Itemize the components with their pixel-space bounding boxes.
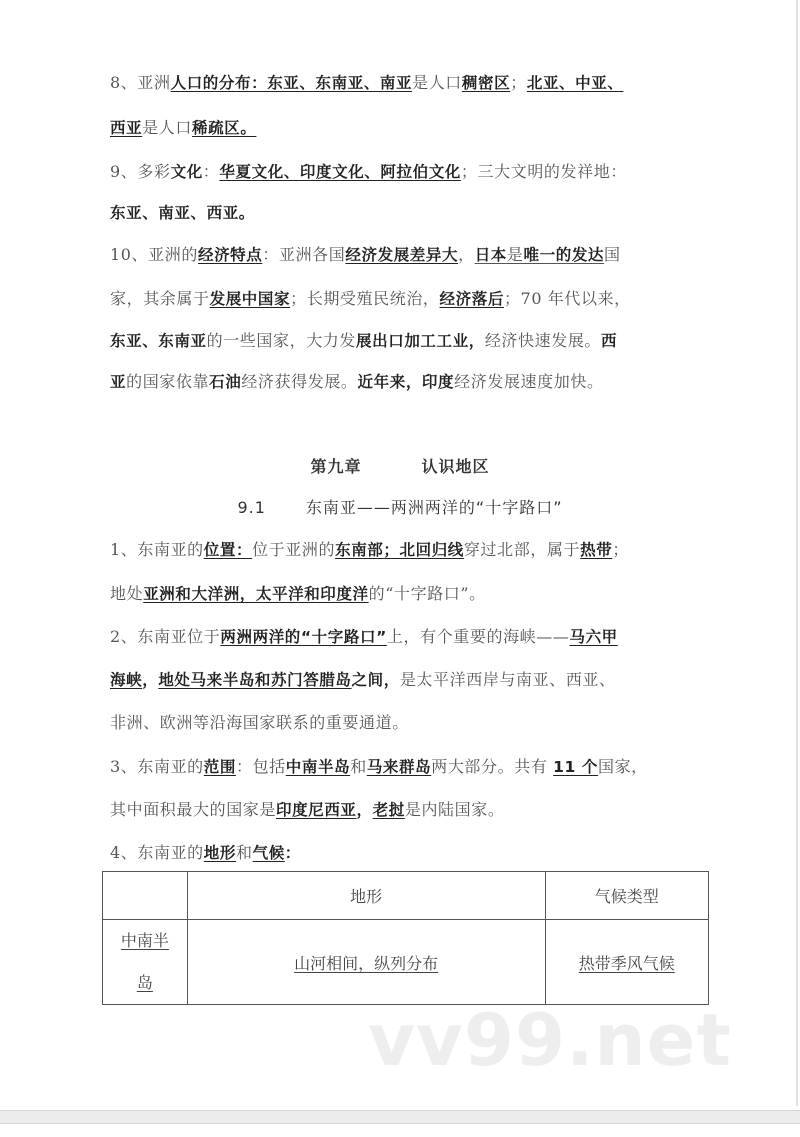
- keyword: 石油: [209, 373, 241, 391]
- keyword: 两洲两洋的“十字路口”: [220, 628, 386, 646]
- keyword: 展出口加工工业，: [356, 332, 485, 350]
- keyword: 稀疏区。: [192, 119, 256, 137]
- point-2-line-3: 非洲、欧洲等沿海国家联系的重要通道。: [110, 713, 409, 733]
- text: 经济发展速度加快。: [454, 372, 603, 391]
- item-number: 4、东南亚的: [110, 843, 204, 862]
- keyword: 华夏文化、印度文化、阿拉伯文化: [219, 163, 461, 181]
- keyword: 日本: [475, 246, 507, 264]
- region-cell: 中南半 岛: [103, 920, 188, 1005]
- text: ，: [142, 671, 158, 689]
- text: ；三大文明的发祥地：: [461, 162, 627, 181]
- keyword: 气候: [253, 844, 285, 862]
- point-3-line-1: 3、东南亚的范围：包括中南半岛和马来群岛两大部分。共有 11 个国家，: [110, 757, 648, 777]
- table-header-row: 地形 气候类型: [103, 872, 709, 920]
- chapter-name: 认识地区: [422, 457, 490, 476]
- text: ；: [510, 73, 527, 92]
- text: 位于亚洲的: [252, 540, 335, 559]
- page-separator: [0, 1110, 800, 1124]
- text: 非洲、欧洲等沿海国家联系的重要通道。: [110, 713, 409, 732]
- item-number: 8、亚洲: [110, 73, 171, 92]
- keyword: 经济发展差异大: [345, 246, 458, 264]
- item-10-line-4: 亚的国家依靠石油经济获得发展。近年来，印度经济发展速度加快。: [110, 372, 604, 392]
- section-name: 东南亚——两洲两洋的“十字路口”: [306, 498, 563, 517]
- text: 国家，: [598, 757, 648, 776]
- text: 是人口: [412, 73, 462, 92]
- text: ，: [357, 801, 373, 819]
- keyword: 中南半岛: [286, 758, 350, 776]
- point-2-line-2: 海峡，地处马来半岛和苏门答腊岛之间，是太平洋西岸与南亚、西亚、: [110, 670, 616, 690]
- keyword: 西亚: [110, 119, 142, 137]
- keyword: 老挝: [373, 801, 405, 819]
- item-9-line-1: 9、多彩文化：华夏文化、印度文化、阿拉伯文化；三大文明的发祥地：: [110, 162, 627, 182]
- keyword: 经济落后: [440, 290, 504, 308]
- text: 地处: [110, 584, 143, 603]
- header-cell-climate: 气候类型: [545, 872, 708, 920]
- keyword: 热带: [580, 541, 612, 559]
- text: 是太平洋西岸与南亚、西亚、: [400, 670, 616, 689]
- chapter-number: 第九章: [310, 457, 361, 476]
- keyword: 地处马来半岛和苏门答腊岛: [158, 671, 351, 689]
- keyword: 经济特点: [198, 246, 262, 264]
- text: ：亚洲各国: [262, 245, 345, 264]
- chapter-title: 第九章认识地区: [0, 457, 800, 477]
- keyword: 发展中国家: [210, 290, 291, 308]
- table-row: 中南半 岛 山河相间，纵列分布 热带季风气候: [103, 920, 709, 1005]
- keyword: 北亚、中亚、: [527, 74, 624, 92]
- item-number: 9、多彩: [110, 162, 171, 181]
- text: 是人口: [142, 118, 192, 137]
- text: ：包括: [236, 757, 286, 776]
- keyword: 马来群岛: [367, 758, 431, 776]
- text: 国: [604, 245, 621, 264]
- keyword: 地形: [204, 844, 236, 862]
- text: 的“十字路口”。: [369, 584, 486, 603]
- item-10-line-1: 10、亚洲的经济特点：亚洲各国经济发展差异大，日本是唯一的发达国: [110, 245, 621, 265]
- climate-cell: 热带季风气候: [545, 920, 708, 1005]
- keyword: 人口的分布：东亚、东南亚、南亚: [171, 74, 413, 92]
- keyword: 之间，: [352, 671, 400, 689]
- text: 和: [350, 757, 367, 776]
- text: 家，其余属于: [110, 289, 210, 308]
- item-number: 2、东南亚位于: [110, 627, 220, 646]
- item-8-line-1: 8、亚洲人口的分布：东亚、东南亚、南亚是人口稠密区；北亚、中亚、: [110, 73, 623, 93]
- section-title: 9.1东南亚——两洲两洋的“十字路口”: [0, 498, 800, 518]
- text: ：: [203, 162, 220, 181]
- terrain-cell: 山河相间，纵列分布: [187, 920, 545, 1005]
- keyword: 海峡: [110, 671, 142, 689]
- point-1-line-1: 1、东南亚的位置：位于亚洲的东南部；北回归线穿过北部，属于热带；: [110, 540, 629, 560]
- keyword: 马六甲: [569, 628, 617, 646]
- keyword: 稠密区: [462, 74, 510, 92]
- keyword: 东亚、南亚、西亚。: [110, 204, 255, 222]
- keyword: 东南部；北回归线: [335, 541, 464, 559]
- text: 上，有个重要的海峡——: [387, 627, 570, 646]
- keyword: 唯一的发达: [524, 246, 605, 264]
- point-4-line-1: 4、东南亚的地形和气候：: [110, 843, 301, 863]
- keyword: 亚: [110, 373, 126, 391]
- region-name-line-1: 中南半: [121, 931, 169, 950]
- header-cell-terrain: 地形: [187, 872, 545, 920]
- text: 是: [507, 245, 524, 264]
- item-10-line-2: 家，其余属于发展中国家；长期受殖民统治，经济落后；70 年代以来，: [110, 289, 631, 309]
- text: ；长期受殖民统治，: [290, 289, 439, 308]
- keyword: 近年来，印度: [358, 373, 455, 391]
- point-1-line-2: 地处亚洲和大洋洲，太平洋和印度洋的“十字路口”。: [110, 584, 486, 604]
- region-name-line-2: 岛: [137, 973, 153, 992]
- text: 是内陆国家。: [405, 800, 505, 819]
- item-8-line-2: 西亚是人口稀疏区。: [110, 118, 256, 138]
- keyword: 位置：: [204, 541, 252, 559]
- text: ：: [285, 844, 301, 862]
- keyword: 西: [601, 332, 617, 350]
- header-cell-empty: [103, 872, 188, 920]
- text: 的国家依靠: [126, 372, 209, 391]
- text: 经济获得发展。: [241, 372, 357, 391]
- text: 其中面积最大的国家是: [110, 800, 276, 819]
- text: ；: [612, 540, 629, 559]
- watermark: vv99.net: [368, 998, 732, 1082]
- keyword: 东亚、东南亚: [110, 332, 207, 350]
- text: ，: [458, 245, 475, 264]
- keyword: 11 个: [553, 758, 598, 776]
- climate-value: 热带季风气候: [579, 954, 675, 973]
- keyword: 印度尼西亚: [276, 801, 357, 819]
- text: 两大部分。共有: [431, 757, 553, 776]
- point-3-line-2: 其中面积最大的国家是印度尼西亚，老挝是内陆国家。: [110, 800, 504, 820]
- text: 的一些国家，大力发: [207, 331, 356, 350]
- item-number: 3、东南亚的: [110, 757, 204, 776]
- section-number: 9.1: [237, 498, 265, 517]
- item-number: 10、亚洲的: [110, 245, 198, 264]
- text: 穿过北部，属于: [464, 540, 580, 559]
- item-10-line-3: 东亚、东南亚的一些国家，大力发展出口加工工业，经济快速发展。西: [110, 331, 617, 351]
- item-9-line-2: 东亚、南亚、西亚。: [110, 203, 255, 223]
- keyword: 文化: [171, 163, 203, 181]
- text: ；70 年代以来，: [504, 289, 631, 308]
- text: 和: [236, 843, 253, 862]
- text: 经济快速发展。: [485, 331, 601, 350]
- terrain-value: 山河相间，纵列分布: [294, 954, 438, 973]
- keyword: 亚洲和大洋洲，太平洋和印度洋: [143, 585, 368, 603]
- keyword: 范围: [204, 758, 236, 776]
- document-page: 8、亚洲人口的分布：东亚、东南亚、南亚是人口稠密区；北亚、中亚、 西亚是人口稀疏…: [0, 0, 798, 1106]
- point-2-line-1: 2、东南亚位于两洲两洋的“十字路口”上，有个重要的海峡——马六甲: [110, 627, 618, 647]
- item-number: 1、东南亚的: [110, 540, 204, 559]
- terrain-climate-table: 地形 气候类型 中南半 岛 山河相间，纵列分布 热带季风气候: [102, 871, 709, 1005]
